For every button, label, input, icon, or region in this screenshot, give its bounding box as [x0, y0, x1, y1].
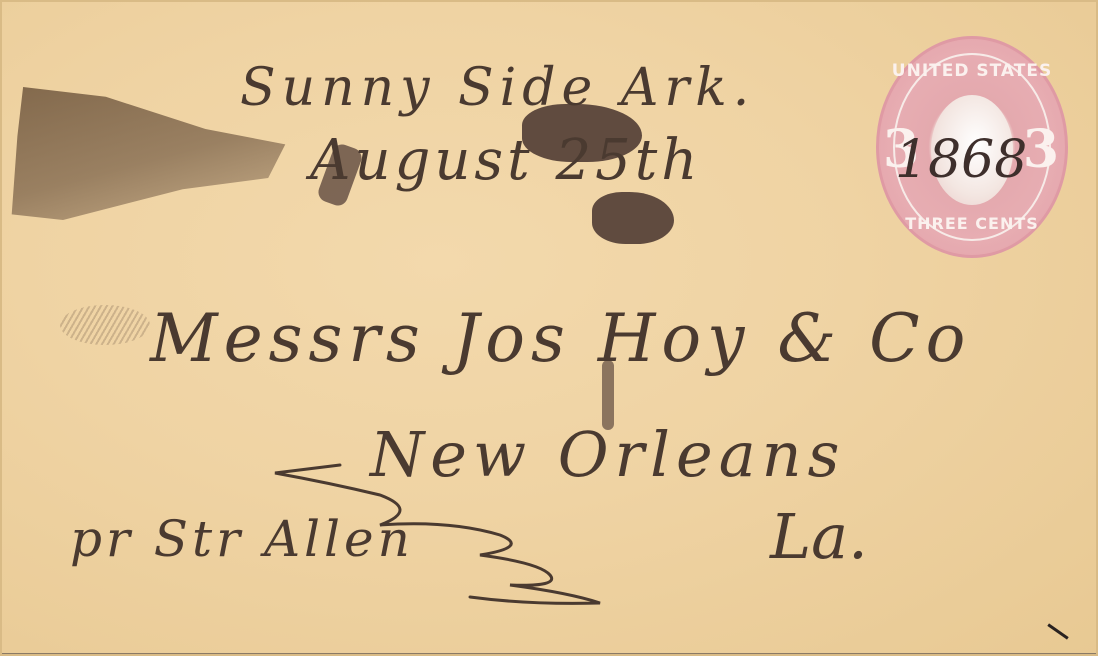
date-line: August 25th: [310, 128, 701, 193]
stamp-top-text: UNITED STATES: [879, 61, 1065, 81]
ink-tick-mark: [1047, 623, 1068, 639]
ink-blot: [592, 192, 674, 244]
year-line: 1868: [895, 130, 1027, 190]
stamp-bottom-text: THREE CENTS: [879, 214, 1065, 233]
stamp-denomination-right: 3: [1023, 119, 1059, 180]
flourish-icon: [270, 455, 610, 615]
faint-postmark: [60, 305, 150, 345]
origin-line: Sunny Side Ark.: [240, 58, 755, 118]
envelope: UNITED STATES 3 3 THREE CENTS Sunny Side…: [0, 0, 1098, 656]
state-line: La.: [770, 500, 868, 573]
addressee-line: Messrs Jos Hoy & Co: [150, 300, 971, 377]
